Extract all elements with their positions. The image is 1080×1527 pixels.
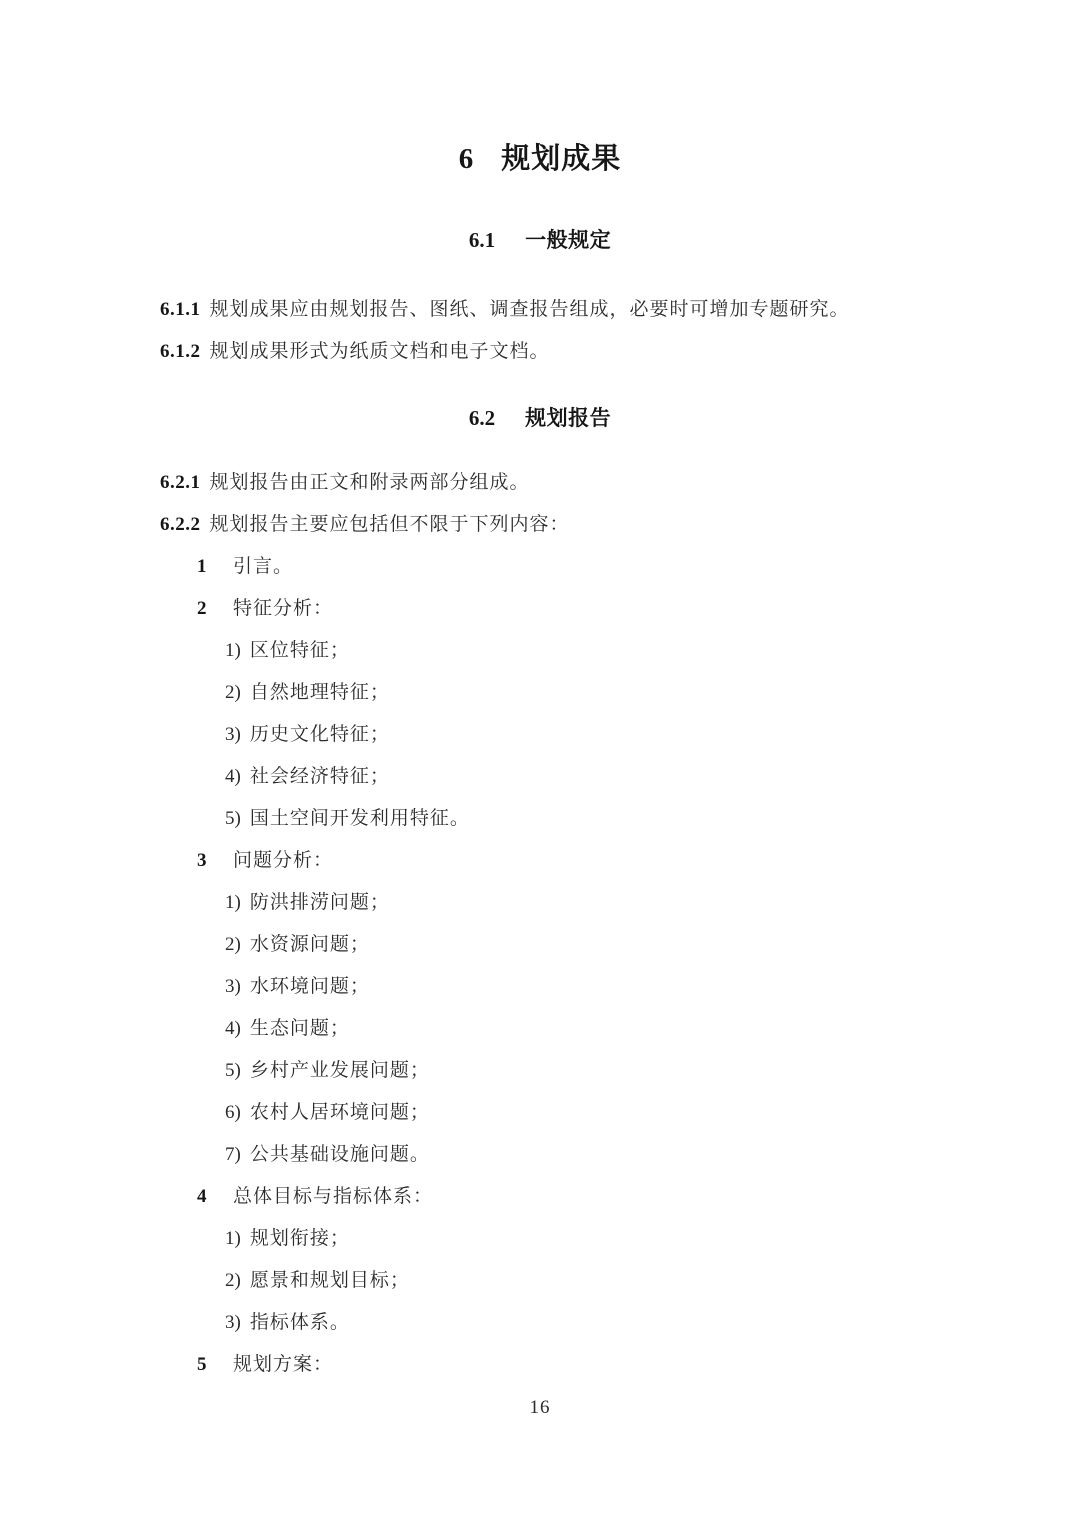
item-number: 2: [197, 597, 233, 621]
subitem-text: 水资源问题；: [250, 934, 370, 955]
list-subitem: 1)规划衔接；: [160, 1227, 920, 1251]
list-subitem: 3)水环境问题；: [160, 975, 920, 999]
subitem-text: 愿景和规划目标；: [250, 1270, 410, 1291]
clause-6-2-2: 6.2.2规划报告主要应包括但不限于下列内容：: [160, 513, 920, 537]
subitem-text: 农村人居环境问题；: [250, 1102, 430, 1123]
chapter-number: 6: [459, 143, 475, 175]
item-number: 4: [197, 1185, 233, 1209]
subitem-marker: 2): [225, 1270, 241, 1291]
subitem-text: 国土空间开发利用特征。: [250, 808, 470, 829]
section-title: 一般规定: [525, 228, 611, 252]
page-number: 16: [160, 1397, 920, 1419]
clause-text: 规划成果应由规划报告、图纸、调查报告组成，必要时可增加专题研究。: [210, 299, 850, 320]
chapter-heading: 6规划成果: [160, 143, 920, 176]
item-number: 5: [197, 1353, 233, 1377]
list-item: 1引言。: [160, 555, 920, 579]
clause-6-2-1: 6.2.1规划报告由正文和附录两部分组成。: [160, 471, 920, 495]
clause-6-1-2: 6.1.2规划成果形式为纸质文档和电子文档。: [160, 340, 920, 364]
list-subitem: 3)指标体系。: [160, 1311, 920, 1335]
section-number: 6.2: [469, 406, 495, 430]
subitem-text: 社会经济特征；: [250, 766, 390, 787]
subitem-text: 自然地理特征；: [250, 682, 390, 703]
list-item: 5规划方案：: [160, 1353, 920, 1377]
subitem-text: 区位特征；: [250, 640, 350, 661]
list-subitem: 1)防洪排涝问题；: [160, 891, 920, 915]
subitem-marker: 6): [225, 1102, 241, 1123]
list-item: 3问题分析：: [160, 849, 920, 873]
subitem-marker: 2): [225, 682, 241, 703]
list-item: 4总体目标与指标体系：: [160, 1185, 920, 1209]
list-subitem: 3)历史文化特征；: [160, 723, 920, 747]
subitem-marker: 1): [225, 892, 241, 913]
subitem-marker: 1): [225, 640, 241, 661]
item-number: 3: [197, 849, 233, 873]
section-number: 6.1: [469, 228, 495, 252]
subitem-marker: 7): [225, 1144, 241, 1165]
clause-number: 6.2.2: [160, 514, 201, 535]
clause-number: 6.1.2: [160, 341, 201, 362]
clause-6-1-1: 6.1.1规划成果应由规划报告、图纸、调查报告组成，必要时可增加专题研究。: [160, 298, 920, 322]
subitem-text: 水环境问题；: [250, 976, 370, 997]
section-title: 规划报告: [525, 406, 611, 430]
clause-text: 规划成果形式为纸质文档和电子文档。: [210, 341, 550, 362]
document-page: 6规划成果 6.1一般规定 6.1.1规划成果应由规划报告、图纸、调查报告组成，…: [0, 0, 1080, 1527]
item-text: 引言。: [233, 556, 293, 577]
clause-text: 规划报告主要应包括但不限于下列内容：: [210, 514, 570, 535]
subitem-text: 历史文化特征；: [250, 724, 390, 745]
item-text: 总体目标与指标体系：: [233, 1186, 433, 1207]
item-text: 特征分析：: [233, 598, 333, 619]
subitem-text: 乡村产业发展问题；: [250, 1060, 430, 1081]
list-subitem: 2)自然地理特征；: [160, 681, 920, 705]
subitem-marker: 3): [225, 976, 241, 997]
subitem-text: 生态问题；: [250, 1018, 350, 1039]
subitem-text: 防洪排涝问题；: [250, 892, 390, 913]
item-text: 规划方案：: [233, 1354, 333, 1375]
list-subitem: 2)水资源问题；: [160, 933, 920, 957]
list-item: 2特征分析：: [160, 597, 920, 621]
list-subitem: 4)社会经济特征；: [160, 765, 920, 789]
subitem-text: 公共基础设施问题。: [250, 1144, 430, 1165]
section-heading-6-1: 6.1一般规定: [160, 228, 920, 252]
list-subitem: 6)农村人居环境问题；: [160, 1101, 920, 1125]
item-number: 1: [197, 555, 233, 579]
subitem-marker: 1): [225, 1228, 241, 1249]
list-subitem: 5)乡村产业发展问题；: [160, 1059, 920, 1083]
clause-number: 6.2.1: [160, 472, 201, 493]
clause-number: 6.1.1: [160, 299, 201, 320]
chapter-title: 规划成果: [501, 143, 621, 175]
subitem-marker: 4): [225, 766, 241, 787]
subitem-marker: 3): [225, 724, 241, 745]
subitem-marker: 5): [225, 1060, 241, 1081]
list-subitem: 4)生态问题；: [160, 1017, 920, 1041]
subitem-text: 规划衔接；: [250, 1228, 350, 1249]
subitem-marker: 3): [225, 1312, 241, 1333]
list-subitem: 1)区位特征；: [160, 639, 920, 663]
item-text: 问题分析：: [233, 850, 333, 871]
list-subitem: 2)愿景和规划目标；: [160, 1269, 920, 1293]
list-subitem: 7)公共基础设施问题。: [160, 1143, 920, 1167]
clause-text: 规划报告由正文和附录两部分组成。: [210, 472, 530, 493]
list-subitem: 5)国土空间开发利用特征。: [160, 807, 920, 831]
section-heading-6-2: 6.2规划报告: [160, 406, 920, 430]
subitem-marker: 4): [225, 1018, 241, 1039]
subitem-text: 指标体系。: [250, 1312, 350, 1333]
subitem-marker: 5): [225, 808, 241, 829]
subitem-marker: 2): [225, 934, 241, 955]
